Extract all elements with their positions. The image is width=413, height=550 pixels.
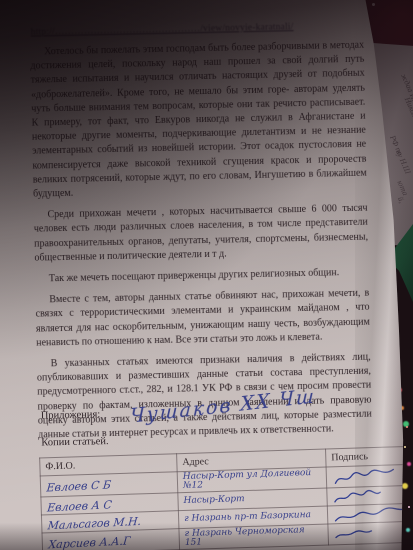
signature-scribble-icon [333, 526, 374, 542]
header-podpis: Подпись [326, 446, 413, 467]
paper-sheet: http://………………………………………/view/novyie-karat… [0, 0, 413, 550]
signature-cell [327, 485, 413, 506]
article-url: http://………………………………………/view/novyie-karat… [31, 21, 363, 38]
light-speck [372, 3, 375, 6]
paragraph: Так же мечеть посещают приверженцы други… [35, 266, 369, 287]
signature-scribble-icon [331, 466, 398, 487]
attachments-label: Приложения: [41, 409, 101, 421]
address-cell: г Назрань Черноморская 151 [179, 524, 329, 550]
photographed-document: ждаа Ин Николае РФ по ву Н.Ш юта й, http… [0, 0, 413, 550]
letter-body: Хотелось бы пожелать этим господам быть … [30, 39, 372, 450]
copies-label: Копии статьей. [41, 436, 108, 448]
document-content: http://………………………………………/view/novyie-karat… [0, 0, 413, 550]
signature-scribble-icon [333, 503, 412, 525]
background-page-fragment: Николае [403, 96, 413, 125]
signature-cell [328, 521, 413, 545]
signature-cell [327, 503, 413, 524]
signature-table: Ф.И.О. Адрес Подпись Евлоев С Б Насыр-Ко… [39, 445, 413, 550]
background-page-fragment: юта [395, 179, 410, 197]
paragraph: Хотелось бы пожелать этим господам быть … [30, 39, 367, 202]
paragraph: Среди прихожан мечети , которых насчитыв… [33, 202, 368, 266]
background-page-fragment: ву Н.Ш [394, 149, 412, 176]
signature-scribble-icon [332, 488, 383, 505]
signature-cell [326, 464, 413, 488]
paragraph: Вместе с тем, авторы данных статье обвин… [35, 287, 370, 351]
background-page-fragment: й, [396, 195, 407, 204]
